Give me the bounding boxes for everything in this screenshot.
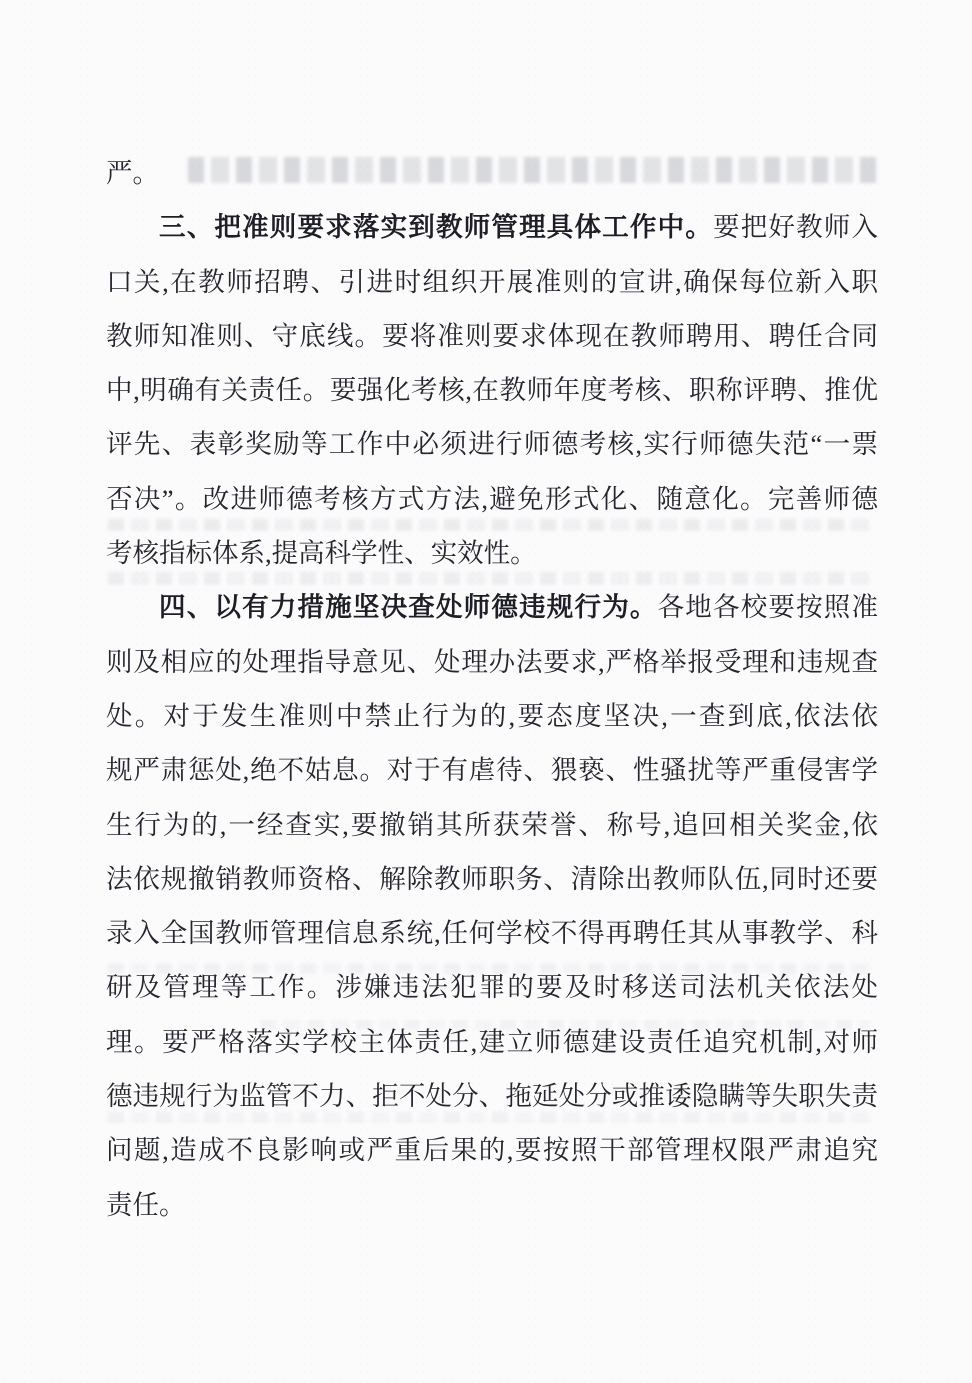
text-line: 研及管理等工作。涉嫌违法犯罪的要及时移送司法机关依法处 <box>106 960 878 1014</box>
section-3-heading-line: 三、把准则要求落实到教师管理具体工作中。要把好教师入 <box>106 200 878 254</box>
text-line: 录入全国教师管理信息系统,任何学校不得再聘任其从事教学、科 <box>106 906 878 960</box>
paragraph-heading-text: 三、把准则要求落实到教师管理具体工作中。 <box>159 212 713 242</box>
text-line: 口关,在教师招聘、引进时组织开展准则的宣讲,确保每位新入职 <box>106 255 878 309</box>
body-text: 评先、表彰奖励等工作中必须进行师德考核,实行师德失范“一票 <box>106 429 878 459</box>
text-line: 教师知准则、守底线。要将准则要求体现在教师聘用、聘任合同 <box>106 309 878 363</box>
body-text: 口关,在教师招聘、引进时组织开展准则的宣讲,确保每位新入职 <box>106 267 878 297</box>
text-line: 否决”。改进师德考核方式方法,避免形式化、随意化。完善师德 <box>106 472 878 526</box>
body-text: 德违规行为监管不力、拒不处分、拖延处分或推诿隐瞒等失职失责 <box>106 1081 878 1111</box>
text-line: 评先、表彰奖励等工作中必须进行师德考核,实行师德失范“一票 <box>106 417 878 471</box>
body-text: 生行为的,一经查实,要撤销其所获荣誉、称号,追回相关奖金,依 <box>106 810 878 840</box>
body-text: 研及管理等工作。涉嫌违法犯罪的要及时移送司法机关依法处 <box>106 972 878 1002</box>
scanned-document-page: 严。三、把准则要求落实到教师管理具体工作中。要把好教师入口关,在教师招聘、引进时… <box>0 0 972 1383</box>
body-text: 规严肃惩处,绝不姑息。对于有虐待、猥亵、性骚扰等严重侵害学 <box>106 755 878 785</box>
body-text: 要把好教师入 <box>713 212 878 242</box>
text-line: 德违规行为监管不力、拒不处分、拖延处分或推诿隐瞒等失职失责 <box>106 1069 878 1123</box>
body-text: 则及相应的处理指导意见、处理办法要求,严格举报受理和违规查 <box>106 647 878 677</box>
body-text: 各地各校要按照准 <box>658 592 878 622</box>
body-text: 教师知准则、守底线。要将准则要求体现在教师聘用、聘任合同 <box>106 321 878 351</box>
document-text-block: 严。三、把准则要求落实到教师管理具体工作中。要把好教师入口关,在教师招聘、引进时… <box>106 146 878 1232</box>
text-line: 中,明确有关责任。要强化考核,在教师年度考核、职称评聘、推优 <box>106 363 878 417</box>
text-line: 理。要严格落实学校主体责任,建立师德建设责任追究机制,对师 <box>106 1015 878 1069</box>
text-line: 则及相应的处理指导意见、处理办法要求,严格举报受理和违规查 <box>106 635 878 689</box>
body-text: 问题,造成不良影响或严重后果的,要按照干部管理权限严肃追究 <box>106 1135 878 1165</box>
carryover-line: 严。 <box>106 146 878 200</box>
paragraph-heading-text: 四、以有力措施坚决查处师德违规行为。 <box>159 592 658 622</box>
body-text: 严。 <box>106 158 159 188</box>
text-line: 法依规撤销教师资格、解除教师职务、清除出教师队伍,同时还要 <box>106 852 878 906</box>
body-text: 处。对于发生准则中禁止行为的,要态度坚决,一查到底,依法依 <box>106 701 878 731</box>
body-text: 责任。 <box>106 1190 186 1220</box>
section-4-heading-line: 四、以有力措施坚决查处师德违规行为。各地各校要按照准 <box>106 580 878 634</box>
text-line: 生行为的,一经查实,要撤销其所获荣誉、称号,追回相关奖金,依 <box>106 798 878 852</box>
body-text: 否决”。改进师德考核方式方法,避免形式化、随意化。完善师德 <box>106 484 878 514</box>
body-text: 录入全国教师管理信息系统,任何学校不得再聘任其从事教学、科 <box>106 918 878 948</box>
text-line: 问题,造成不良影响或严重后果的,要按照干部管理权限严肃追究 <box>106 1123 878 1177</box>
body-text: 中,明确有关责任。要强化考核,在教师年度考核、职称评聘、推优 <box>106 375 878 405</box>
paragraph-end-line: 责任。 <box>106 1178 878 1232</box>
text-line: 处。对于发生准则中禁止行为的,要态度坚决,一查到底,依法依 <box>106 689 878 743</box>
body-text: 理。要严格落实学校主体责任,建立师德建设责任追究机制,对师 <box>106 1027 878 1057</box>
body-text: 考核指标体系,提高科学性、实效性。 <box>106 538 537 568</box>
body-text: 法依规撤销教师资格、解除教师职务、清除出教师队伍,同时还要 <box>106 864 878 894</box>
paragraph-end-line: 考核指标体系,提高科学性、实效性。 <box>106 526 878 580</box>
text-line: 规严肃惩处,绝不姑息。对于有虐待、猥亵、性骚扰等严重侵害学 <box>106 743 878 797</box>
